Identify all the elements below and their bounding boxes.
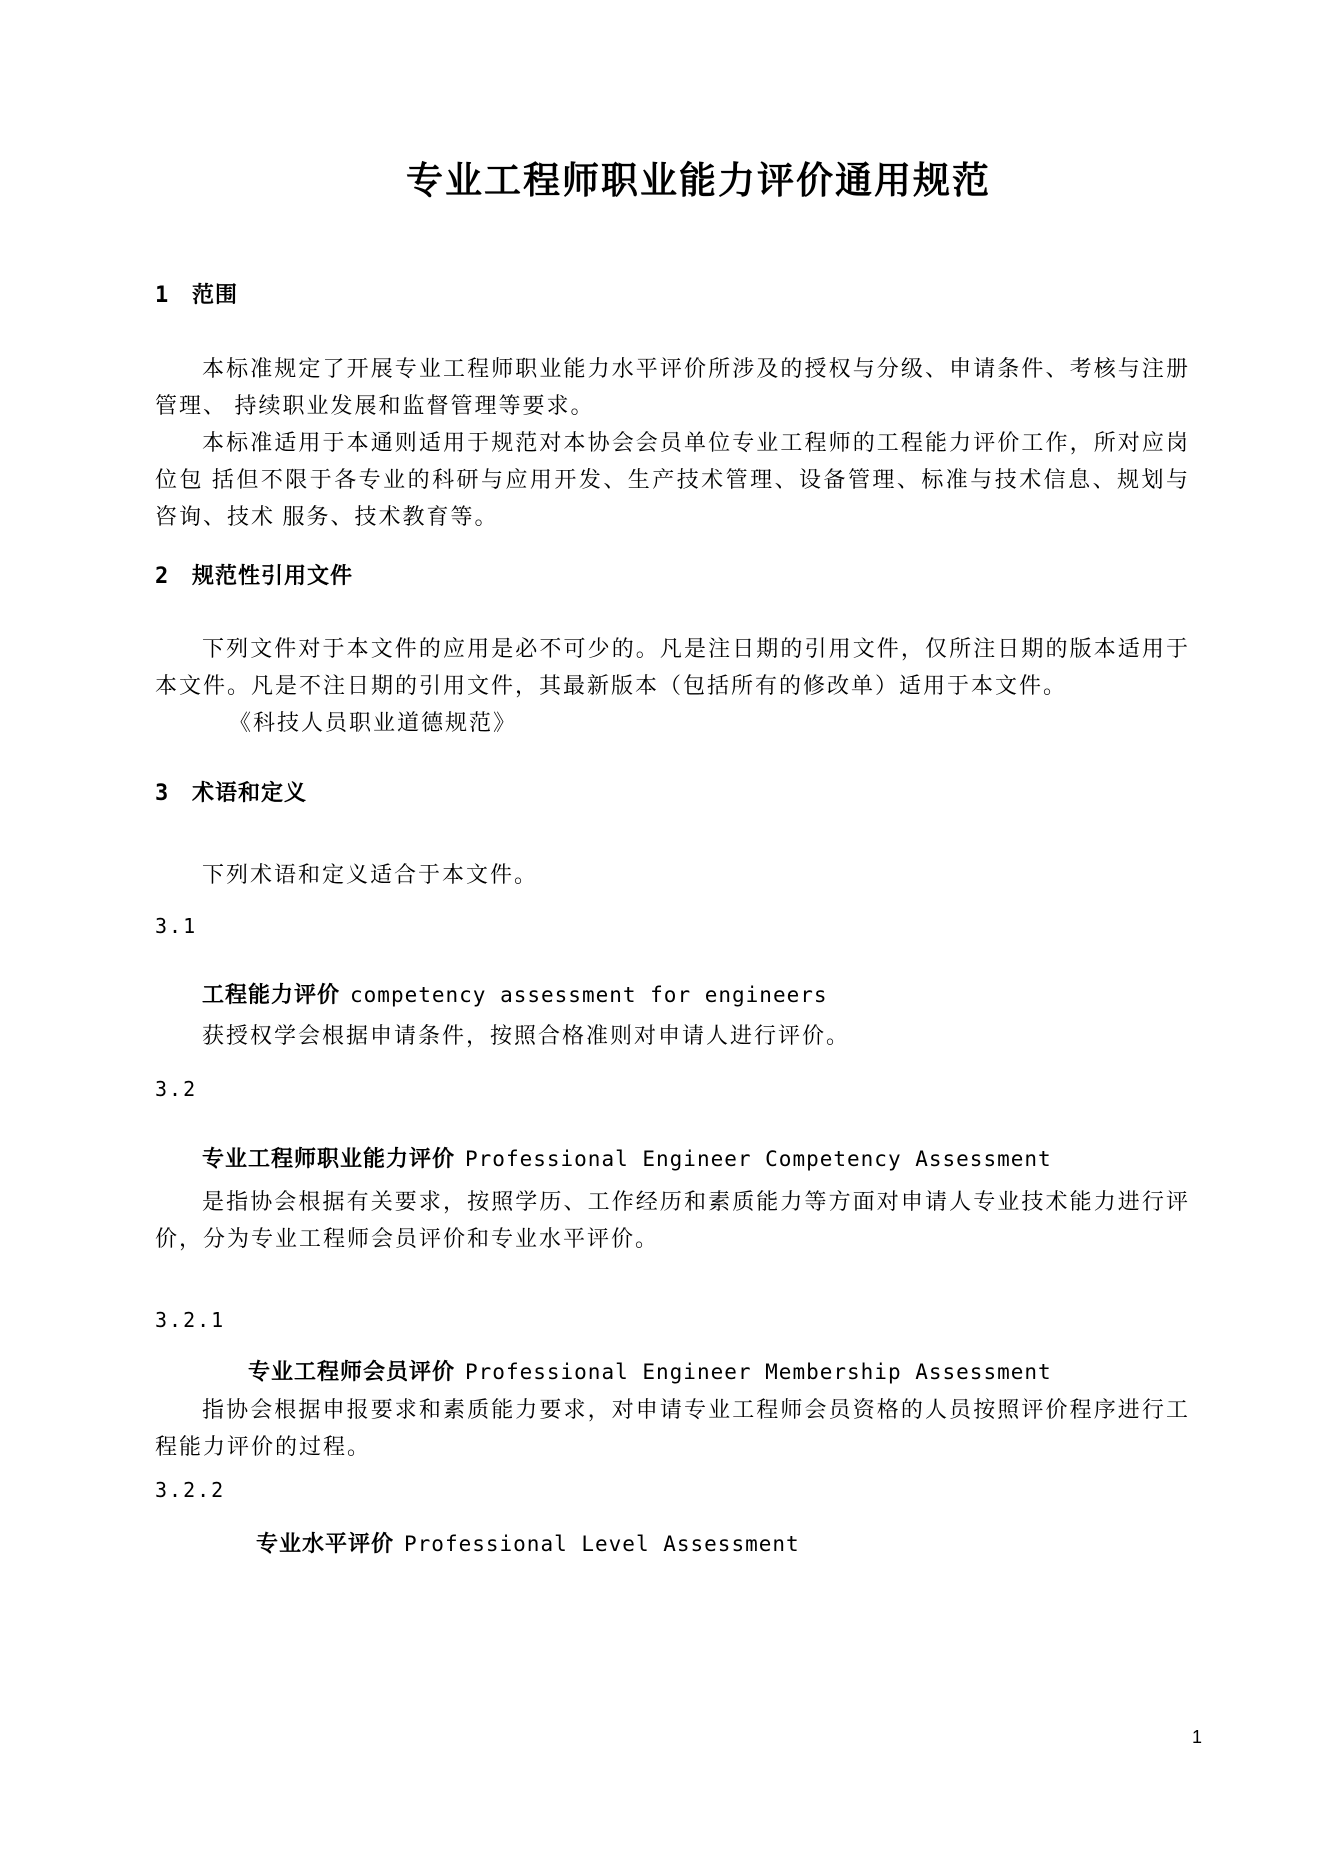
term-line-3-2-1: 专业工程师会员评价Professional Engineer Membershi…: [155, 1353, 1190, 1391]
section-2-title: 规范性引用文件: [192, 563, 353, 588]
term-line-3-2: 专业工程师职业能力评价Professional Engineer Compete…: [155, 1140, 1190, 1178]
term-definition-3-1: 获授权学会根据申请条件，按照合格准则对申请人进行评价。: [155, 1017, 1190, 1054]
term-line-3-1: 工程能力评价competency assessment for engineer…: [155, 976, 1190, 1014]
term-en-3-2: Professional Engineer Competency Assessm…: [465, 1147, 1052, 1171]
page-number: 1: [1192, 1727, 1202, 1747]
term-en-3-2-1: Professional Engineer Membership Assessm…: [465, 1360, 1052, 1384]
term-line-3-2-2: 专业水平评价Professional Level Assessment: [155, 1525, 1190, 1563]
section-1-heading: 1范围: [155, 280, 1190, 311]
section-3-intro: 下列术语和定义适合于本文件。: [155, 856, 1190, 893]
section-3-number: 3: [155, 779, 192, 809]
section-1-paragraph-1: 本标准规定了开展专业工程师职业能力水平评价所涉及的授权与分级、申请条件、考核与注…: [155, 350, 1190, 424]
term-zh-3-2-2: 专业水平评价: [256, 1531, 394, 1556]
referenced-standard-title: 《科技人员职业道德规范》: [155, 704, 1190, 741]
section-3-title: 术语和定义: [192, 780, 307, 805]
term-zh-3-1: 工程能力评价: [202, 982, 340, 1007]
clause-number-3-1: 3.1: [155, 911, 1190, 941]
section-2-number: 2: [155, 562, 192, 592]
clause-number-3-2: 3.2: [155, 1074, 1190, 1104]
document-page: 专业工程师职业能力评价通用规范 1范围 本标准规定了开展专业工程师职业能力水平评…: [0, 0, 1323, 1871]
term-en-3-1: competency assessment for engineers: [350, 983, 828, 1007]
section-3-heading: 3术语和定义: [155, 778, 1190, 809]
doc-title: 专业工程师职业能力评价通用规范: [181, 158, 1216, 204]
section-2-paragraph-1: 下列文件对于本文件的应用是必不可少的。凡是注日期的引用文件，仅所注日期的版本适用…: [155, 630, 1190, 704]
section-2-heading: 2规范性引用文件: [155, 561, 1190, 592]
clause-number-3-2-1: 3.2.1: [155, 1305, 1190, 1335]
term-definition-3-2-1: 指协会根据申报要求和素质能力要求，对申请专业工程师会员资格的人员按照评价程序进行…: [155, 1391, 1190, 1465]
term-zh-3-2-1: 专业工程师会员评价: [248, 1359, 455, 1384]
section-1-paragraph-2: 本标准适用于本通则适用于规范对本协会会员单位专业工程师的工程能力评价工作，所对应…: [155, 424, 1190, 535]
clause-number-3-2-2: 3.2.2: [155, 1475, 1190, 1505]
term-zh-3-2: 专业工程师职业能力评价: [202, 1146, 455, 1171]
section-1-number: 1: [155, 281, 192, 311]
term-definition-3-2: 是指协会根据有关要求，按照学历、工作经历和素质能力等方面对申请人专业技术能力进行…: [155, 1183, 1190, 1257]
term-en-3-2-2: Professional Level Assessment: [404, 1532, 800, 1556]
section-1-title: 范围: [192, 282, 238, 307]
